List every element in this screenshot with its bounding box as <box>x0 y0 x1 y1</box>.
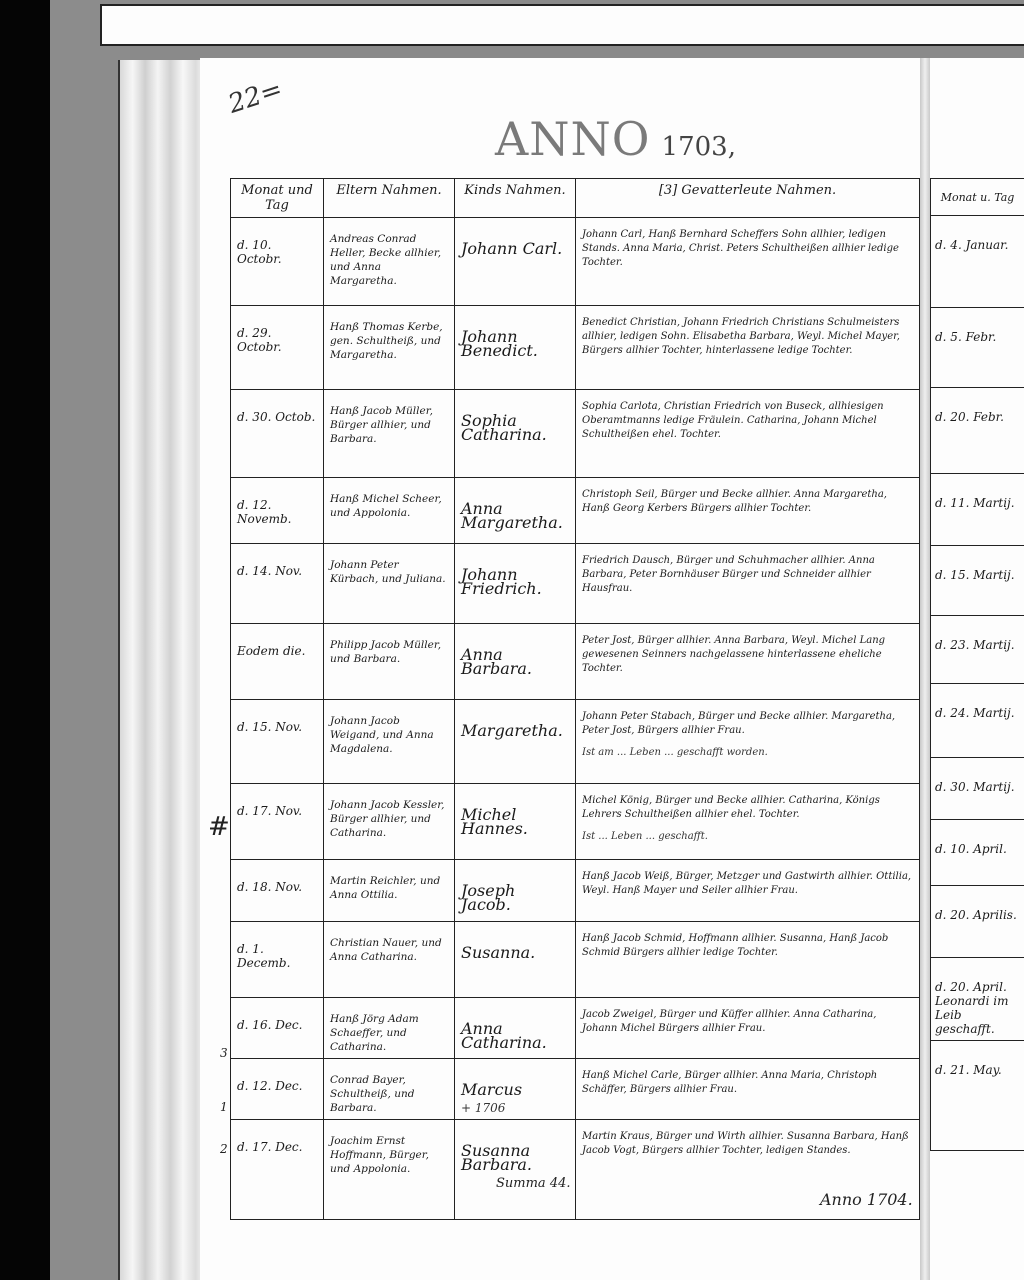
entry-parents-text: Andreas Conrad Heller, Becke allhier, un… <box>330 233 441 287</box>
facing-date: d. 10. April. <box>931 820 1024 886</box>
entry-godparents: Peter Jost, Bürger allhier. Anna Barbara… <box>576 624 920 700</box>
scanner-black-edge <box>0 0 50 1280</box>
entry-date-text: d. 10. Octobr. <box>237 238 282 266</box>
entry-parents: Hanß Jörg Adam Schaeffer, und Catharina. <box>324 998 455 1059</box>
entry-godparents-text: Peter Jost, Bürger allhier. Anna Barbara… <box>582 635 885 674</box>
facing-page-date-column: Monat u. Tag d. 4. Januar.d. 5. Febr.d. … <box>930 178 1024 1151</box>
column-header-date: Monat und Tag <box>231 179 324 218</box>
entry-parents-text: Hanß Jörg Adam Schaeffer, und Catharina. <box>330 1013 419 1053</box>
entry-parents-text: Conrad Bayer, Schultheiß, und Barbara. <box>330 1074 414 1114</box>
facing-date-row: d. 10. April. <box>931 820 1024 886</box>
entry-parents: Philipp Jacob Müller, und Barbara. <box>324 624 455 700</box>
facing-page-edge <box>920 58 930 1280</box>
entry-parents: Christian Nauer, und Anna Catharina. <box>324 922 455 998</box>
summary-note: Summa 44. <box>496 1176 571 1191</box>
entry-godparents-text: Friedrich Dausch, Bürger und Schuhmacher… <box>582 555 875 594</box>
baptism-register-table: Monat und Tag Eltern Nahmen. Kinds Nahme… <box>230 178 920 1220</box>
facing-date-row: d. 20. April. Leonardi im Leib geschafft… <box>931 958 1024 1041</box>
entry-date: d. 17. Dec. <box>231 1120 324 1220</box>
entry-godparents: Hanß Jacob Weiß, Bürger, Metzger und Gas… <box>576 860 920 922</box>
entry-date-text: d. 17. Nov. <box>237 804 302 818</box>
entry-date: d. 18. Nov. <box>231 860 324 922</box>
entry-parents-text: Hanß Jacob Müller, Bürger allhier, und B… <box>330 405 433 445</box>
entry-godparents: Johann Peter Stabach, Bürger und Becke a… <box>576 700 920 784</box>
entry-parents-text: Martin Reichler, und Anna Ottilia. <box>330 875 440 901</box>
entry-parents: Hanß Jacob Müller, Bürger allhier, und B… <box>324 390 455 478</box>
entry-child-name: Anna Catharina. <box>455 998 576 1059</box>
facing-column-header: Monat u. Tag <box>931 179 1024 216</box>
entry-child-name: Johann Carl. <box>455 218 576 306</box>
facing-date: d. 4. Januar. <box>931 216 1024 308</box>
entry-parents: Johann Jacob Weigand, und Anna Magdalena… <box>324 700 455 784</box>
entry-child-name: Anna Barbara. <box>455 624 576 700</box>
entry-parents: Andreas Conrad Heller, Becke allhier, un… <box>324 218 455 306</box>
entry-child-name: Susanna. <box>455 922 576 998</box>
entry-annotation: Ist am ... Leben ... geschafft worden. <box>582 746 913 760</box>
register-entry-row: d. 17. Nov.Johann Jacob Kessler, Bürger … <box>231 784 920 860</box>
margin-count-number: 2 <box>220 1142 228 1156</box>
entry-date: d. 30. Octob. <box>231 390 324 478</box>
entry-child-name: Johann Benedict. <box>455 306 576 390</box>
entry-godparents: Michel König, Bürger und Becke allhier. … <box>576 784 920 860</box>
entry-parents: Johann Peter Kürbach, und Juliana. <box>324 544 455 624</box>
entry-child-name: Sophia Catharina. <box>455 390 576 478</box>
entry-child-name-text: Johann Benedict. <box>461 327 538 360</box>
entry-parents-text: Christian Nauer, und Anna Catharina. <box>330 937 442 963</box>
entry-child-name: Michel Hannes. <box>455 784 576 860</box>
register-entries: d. 10. Octobr.Andreas Conrad Heller, Bec… <box>231 218 920 1220</box>
title-word: ANNO <box>495 112 650 166</box>
entry-parents: Hanß Thomas Kerbe, gen. Schultheiß, und … <box>324 306 455 390</box>
entry-date-text: d. 30. Octob. <box>237 410 315 424</box>
title-year: 1703, <box>662 132 736 162</box>
facing-date-row: d. 24. Martij. <box>931 684 1024 758</box>
margin-count-number: 1 <box>220 1100 228 1114</box>
entry-child-name-text: Joseph Jacob. <box>461 881 515 914</box>
entry-godparents: Jacob Zweigel, Bürger und Küffer allhier… <box>576 998 920 1059</box>
entry-godparents: Hanß Michel Carle, Bürger allhier. Anna … <box>576 1059 920 1120</box>
entry-child-name-text: Anna Margaretha. <box>461 499 563 532</box>
entry-child-name-text: Margaretha. <box>461 721 563 740</box>
entry-godparents-text: Benedict Christian, Johann Friedrich Chr… <box>582 317 900 356</box>
facing-date-row: d. 20. Febr. <box>931 388 1024 474</box>
register-entry-row: d. 1. Decemb.Christian Nauer, und Anna C… <box>231 922 920 998</box>
entry-date: d. 1. Decemb. <box>231 922 324 998</box>
entry-parents-text: Johann Jacob Kessler, Bürger allhier, un… <box>330 799 444 839</box>
entry-date-text: d. 12. Novemb. <box>237 498 291 526</box>
entry-date-text: d. 12. Dec. <box>237 1079 302 1093</box>
entry-godparents: Benedict Christian, Johann Friedrich Chr… <box>576 306 920 390</box>
entry-date-text: d. 29. Octobr. <box>237 326 282 354</box>
entry-parents: Joachim Ernst Hoffmann, Bürger, und Appo… <box>324 1120 455 1220</box>
entry-date: d. 14. Nov. <box>231 544 324 624</box>
entry-date-text: Eodem die. <box>237 644 305 658</box>
entry-date: Eodem die. <box>231 624 324 700</box>
facing-date-row: d. 20. Aprilis. <box>931 886 1024 958</box>
register-entry-row: d. 14. Nov.Johann Peter Kürbach, und Jul… <box>231 544 920 624</box>
register-entry-row: d. 12. Dec.Conrad Bayer, Schultheiß, und… <box>231 1059 920 1120</box>
entry-parents-text: Johann Peter Kürbach, und Juliana. <box>330 559 446 585</box>
entry-child-name: Johann Friedrich. <box>455 544 576 624</box>
register-entry-row: d. 16. Dec.Hanß Jörg Adam Schaeffer, und… <box>231 998 920 1059</box>
entry-child-name: Margaretha. <box>455 700 576 784</box>
entry-parents: Hanß Michel Scheer, und Appolonia. <box>324 478 455 544</box>
entry-child-name-text: Johann Friedrich. <box>461 565 542 598</box>
margin-hash-mark: # <box>208 812 230 842</box>
entry-child-name-text: Anna Barbara. <box>461 645 532 678</box>
facing-date-row: d. 15. Martij. <box>931 546 1024 616</box>
entry-date-text: d. 17. Dec. <box>237 1140 302 1154</box>
facing-date-row: d. 11. Martij. <box>931 474 1024 546</box>
entry-date-text: d. 1. Decemb. <box>237 942 290 970</box>
entry-child-name-text: Michel Hannes. <box>461 805 528 838</box>
entry-godparents: Johann Carl, Hanß Bernhard Scheffers Soh… <box>576 218 920 306</box>
facing-date-row: d. 30. Martij. <box>931 758 1024 820</box>
entry-child-name: Joseph Jacob. <box>455 860 576 922</box>
entry-godparents-text: Johann Carl, Hanß Bernhard Scheffers Soh… <box>582 229 899 268</box>
entry-godparents-text: Johann Peter Stabach, Bürger und Becke a… <box>582 711 895 736</box>
entry-annotation: Ist ... Leben ... geschafft. <box>582 830 913 844</box>
entry-child-name-text: Sophia Catharina. <box>461 411 547 444</box>
register-entry-row: d. 17. Dec.Joachim Ernst Hoffmann, Bürge… <box>231 1120 920 1220</box>
entry-date-text: d. 16. Dec. <box>237 1018 302 1032</box>
facing-date: d. 24. Martij. <box>931 684 1024 758</box>
facing-date-row: d. 23. Martij. <box>931 616 1024 684</box>
entry-godparents-text: Jacob Zweigel, Bürger und Küffer allhier… <box>582 1009 876 1034</box>
entry-parents-text: Hanß Michel Scheer, und Appolonia. <box>330 493 442 519</box>
entry-godparents-text: Hanß Jacob Weiß, Bürger, Metzger und Gas… <box>582 871 911 896</box>
facing-date-row: d. 4. Januar. <box>931 216 1024 308</box>
register-entry-row: Eodem die.Philipp Jacob Müller, und Barb… <box>231 624 920 700</box>
header-row: Monat und Tag Eltern Nahmen. Kinds Nahme… <box>231 179 920 218</box>
facing-date: d. 11. Martij. <box>931 474 1024 546</box>
entry-date-text: d. 18. Nov. <box>237 880 302 894</box>
register-entry-row: d. 29. Octobr.Hanß Thomas Kerbe, gen. Sc… <box>231 306 920 390</box>
facing-date: d. 20. April. Leonardi im Leib geschafft… <box>931 958 1024 1041</box>
entry-child-name-text: Marcus <box>461 1080 522 1099</box>
entry-godparents: Friedrich Dausch, Bürger und Schuhmacher… <box>576 544 920 624</box>
register-entry-row: d. 18. Nov.Martin Reichler, und Anna Ott… <box>231 860 920 922</box>
register-entry-row: d. 15. Nov.Johann Jacob Weigand, und Ann… <box>231 700 920 784</box>
entry-child-name-text: Susanna. <box>461 943 535 962</box>
entry-godparents-text: Hanß Jacob Schmid, Hoffmann allhier. Sus… <box>582 933 888 958</box>
entry-parents-text: Philipp Jacob Müller, und Barbara. <box>330 639 441 665</box>
facing-date: d. 21. May. <box>931 1041 1024 1151</box>
facing-date: d. 20. Febr. <box>931 388 1024 474</box>
page-tab-strip <box>100 4 1024 46</box>
child-death-note: + 1706 <box>461 1101 569 1115</box>
entry-godparents-text: Martin Kraus, Bürger und Wirth allhier. … <box>582 1131 909 1156</box>
entry-parents: Conrad Bayer, Schultheiß, und Barbara. <box>324 1059 455 1120</box>
entry-godparents-text: Michel König, Bürger und Becke allhier. … <box>582 795 880 820</box>
entry-child-name-text: Anna Catharina. <box>461 1019 547 1052</box>
entry-date: d. 17. Nov. <box>231 784 324 860</box>
entry-date: d. 15. Nov. <box>231 700 324 784</box>
facing-date: d. 23. Martij. <box>931 616 1024 684</box>
margin-count-number: 3 <box>220 1046 228 1060</box>
register-entry-row: d. 30. Octob.Hanß Jacob Müller, Bürger a… <box>231 390 920 478</box>
facing-date: d. 15. Martij. <box>931 546 1024 616</box>
entry-godparents-text: Christoph Seil, Bürger und Becke allhier… <box>582 489 887 514</box>
entry-parents-text: Hanß Thomas Kerbe, gen. Schultheiß, und … <box>330 321 443 361</box>
entry-child-name: Marcus+ 1706 <box>455 1059 576 1120</box>
facing-date: d. 30. Martij. <box>931 758 1024 820</box>
entry-date: d. 12. Novemb. <box>231 478 324 544</box>
register-entry-row: d. 10. Octobr.Andreas Conrad Heller, Bec… <box>231 218 920 306</box>
entry-parents: Johann Jacob Kessler, Bürger allhier, un… <box>324 784 455 860</box>
facing-date: d. 5. Febr. <box>931 308 1024 388</box>
entry-parents-text: Johann Jacob Weigand, und Anna Magdalena… <box>330 715 434 755</box>
column-header-godparents: [3] Gevatterleute Nahmen. <box>576 179 920 218</box>
entry-date: d. 12. Dec. <box>231 1059 324 1120</box>
entry-date: d. 10. Octobr. <box>231 218 324 306</box>
entry-godparents: Sophia Carlota, Christian Friedrich von … <box>576 390 920 478</box>
entry-parents-text: Joachim Ernst Hoffmann, Bürger, und Appo… <box>330 1135 429 1175</box>
entry-godparents: Hanß Jacob Schmid, Hoffmann allhier. Sus… <box>576 922 920 998</box>
facing-date-row: d. 5. Febr. <box>931 308 1024 388</box>
register-entry-row: d. 12. Novemb.Hanß Michel Scheer, und Ap… <box>231 478 920 544</box>
entry-child-name-text: Johann Carl. <box>461 239 562 258</box>
book-spine <box>118 60 204 1280</box>
facing-date: d. 20. Aprilis. <box>931 886 1024 958</box>
facing-date-row: d. 21. May. <box>931 1041 1024 1151</box>
entry-child-name: Anna Margaretha. <box>455 478 576 544</box>
entry-date: d. 29. Octobr. <box>231 306 324 390</box>
entry-godparents-text: Hanß Michel Carle, Bürger allhier. Anna … <box>582 1070 877 1095</box>
entry-date: d. 16. Dec. <box>231 998 324 1059</box>
entry-date-text: d. 14. Nov. <box>237 564 302 578</box>
entry-child-name-text: Susanna Barbara. <box>461 1141 532 1174</box>
entry-date-text: d. 15. Nov. <box>237 720 302 734</box>
page-title: ANNO 1703, <box>495 112 736 166</box>
entry-godparents: Christoph Seil, Bürger und Becke allhier… <box>576 478 920 544</box>
column-header-child: Kinds Nahmen. <box>455 179 576 218</box>
facing-dates: d. 4. Januar.d. 5. Febr.d. 20. Febr.d. 1… <box>931 216 1024 1151</box>
entry-parents: Martin Reichler, und Anna Ottilia. <box>324 860 455 922</box>
footer-year: Anno 1704. <box>820 1190 913 1209</box>
column-header-parents: Eltern Nahmen. <box>324 179 455 218</box>
entry-godparents-text: Sophia Carlota, Christian Friedrich von … <box>582 401 884 440</box>
entry-child-name: Susanna Barbara. <box>455 1120 576 1220</box>
